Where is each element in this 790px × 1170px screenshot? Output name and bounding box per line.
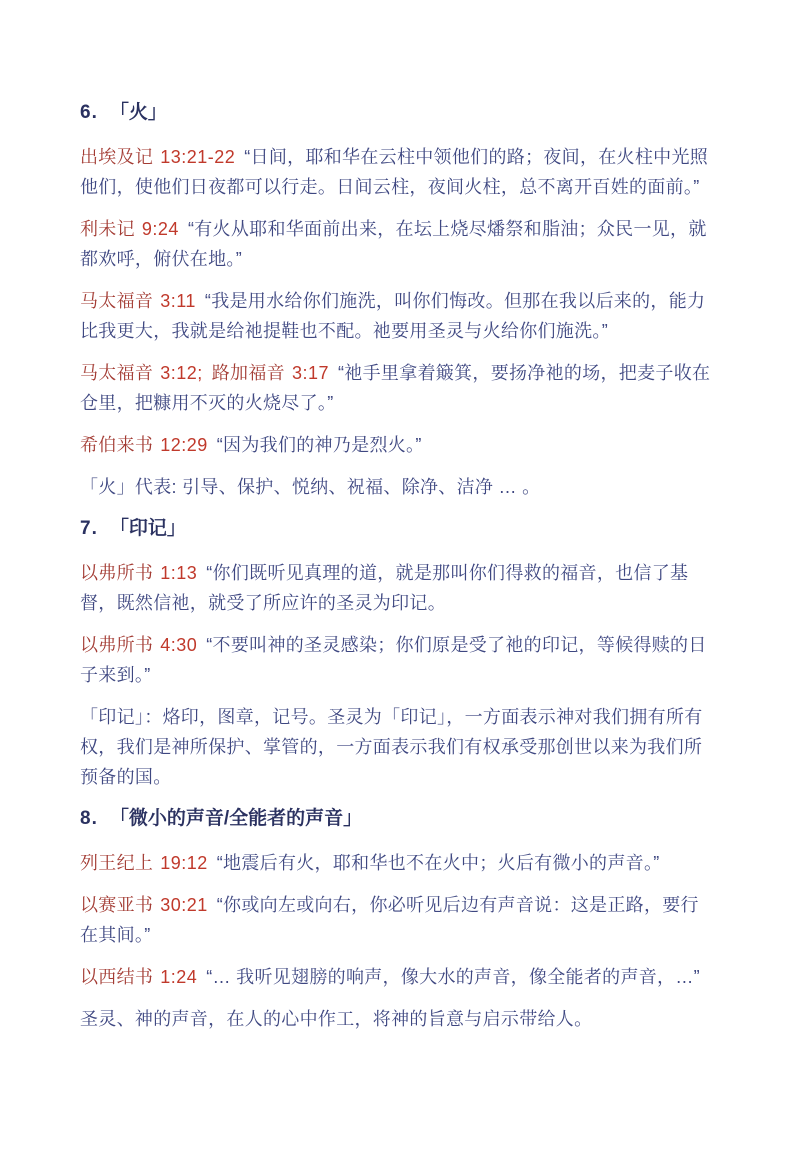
verse-book-name: 以弗所书 bbox=[80, 563, 153, 583]
verse-book-name: 希伯来书 bbox=[80, 435, 153, 455]
section-heading: 6.「火」 bbox=[80, 98, 712, 128]
verse-paragraph: 马太福音3:11“我是用水给你们施洗，叫你们悔改。但那在我以后来的，能力比我更大… bbox=[80, 286, 712, 346]
verse-book-name: 以西结书 bbox=[80, 967, 153, 987]
note-text: 「火」代表: 引导、保护、悦纳、祝福、除净、洁净 … 。 bbox=[80, 477, 540, 497]
section-title: 「印记」 bbox=[110, 518, 186, 539]
section-number: 8. bbox=[80, 808, 98, 829]
verse-number: 1:13 bbox=[160, 563, 197, 583]
verse-book-name: 马太福音 bbox=[80, 363, 153, 383]
verse-paragraph: 列王纪上19:12“地震后有火，耶和华也不在火中；火后有微小的声音。” bbox=[80, 848, 712, 878]
verse-book-name: 以赛亚书 bbox=[80, 895, 153, 915]
verse-number: 4:30 bbox=[160, 635, 197, 655]
verse-book-name: 列王纪上 bbox=[80, 853, 153, 873]
verse-paragraph: 以弗所书1:13“你们既听见真理的道，就是那叫你们得救的福音，也信了基督，既然信… bbox=[80, 558, 712, 618]
note-paragraph: 圣灵、神的声音，在人的心中作工，将神的旨意与启示带给人。 bbox=[80, 1004, 712, 1034]
document-page: 6.「火」出埃及记13:21-22“日间，耶和华在云柱中领他们的路；夜间，在火柱… bbox=[0, 0, 790, 1170]
section-number: 7. bbox=[80, 518, 98, 539]
verse-paragraph: 以赛亚书30:21“你或向左或向右，你必听见后边有声音说：这是正路，要行在其间。… bbox=[80, 890, 712, 950]
verse-number: 3:17 bbox=[292, 363, 329, 383]
verse-number: 3:11 bbox=[160, 291, 196, 311]
note-text: 「印记」：烙印，图章，记号。圣灵为「印记」，一方面表示神对我们拥有所有权，我们是… bbox=[80, 707, 703, 787]
verse-book-name: 马太福音 bbox=[80, 291, 153, 311]
verse-paragraph: 利未记9:24“有火从耶和华面前出来，在坛上烧尽燔祭和脂油；众民一见，就都欢呼，… bbox=[80, 214, 712, 274]
section-number: 6. bbox=[80, 102, 98, 123]
verse-paragraph: 希伯来书12:29“因为我们的神乃是烈火。” bbox=[80, 430, 712, 460]
section-heading: 7.「印记」 bbox=[80, 514, 712, 544]
verse-number: 12:29 bbox=[160, 435, 208, 455]
section-title: 「火」 bbox=[110, 102, 167, 123]
note-text: 圣灵、神的声音，在人的心中作工，将神的旨意与启示带给人。 bbox=[80, 1009, 592, 1029]
verse-number: 9:24 bbox=[142, 219, 179, 239]
verse-number: 3:12; bbox=[160, 363, 203, 383]
verse-book-name: 利未记 bbox=[80, 219, 135, 239]
verse-book-name: 以弗所书 bbox=[80, 635, 153, 655]
verse-paragraph: 以弗所书4:30“不要叫神的圣灵感染；你们原是受了祂的印记，等候得赎的日子来到。… bbox=[80, 630, 712, 690]
verse-number: 19:12 bbox=[160, 853, 208, 873]
verse-paragraph: 马太福音3:12;路加福音3:17“祂手里拿着簸箕，要扬净祂的场，把麦子收在仓里… bbox=[80, 358, 712, 418]
verse-paragraph: 以西结书1:24“… 我听见翅膀的响声，像大水的声音，像全能者的声音，…” bbox=[80, 962, 712, 992]
verse-book-name: 路加福音 bbox=[212, 363, 285, 383]
verse-text: “因为我们的神乃是烈火。” bbox=[217, 435, 422, 455]
section-title: 「微小的声音/全能者的声音」 bbox=[110, 808, 362, 829]
verse-book-name: 出埃及记 bbox=[80, 147, 153, 167]
note-paragraph: 「印记」：烙印，图章，记号。圣灵为「印记」，一方面表示神对我们拥有所有权，我们是… bbox=[80, 702, 712, 792]
verse-number: 13:21-22 bbox=[160, 147, 235, 167]
verse-text: “… 我听见翅膀的响声，像大水的声音，像全能者的声音，…” bbox=[206, 967, 700, 987]
verse-number: 1:24 bbox=[160, 967, 197, 987]
verse-number: 30:21 bbox=[160, 895, 208, 915]
verse-text: “地震后有火，耶和华也不在火中；火后有微小的声音。” bbox=[217, 853, 660, 873]
note-paragraph: 「火」代表: 引导、保护、悦纳、祝福、除净、洁净 … 。 bbox=[80, 472, 712, 502]
verse-paragraph: 出埃及记13:21-22“日间，耶和华在云柱中领他们的路；夜间，在火柱中光照他们… bbox=[80, 142, 712, 202]
section-heading: 8.「微小的声音/全能者的声音」 bbox=[80, 804, 712, 834]
